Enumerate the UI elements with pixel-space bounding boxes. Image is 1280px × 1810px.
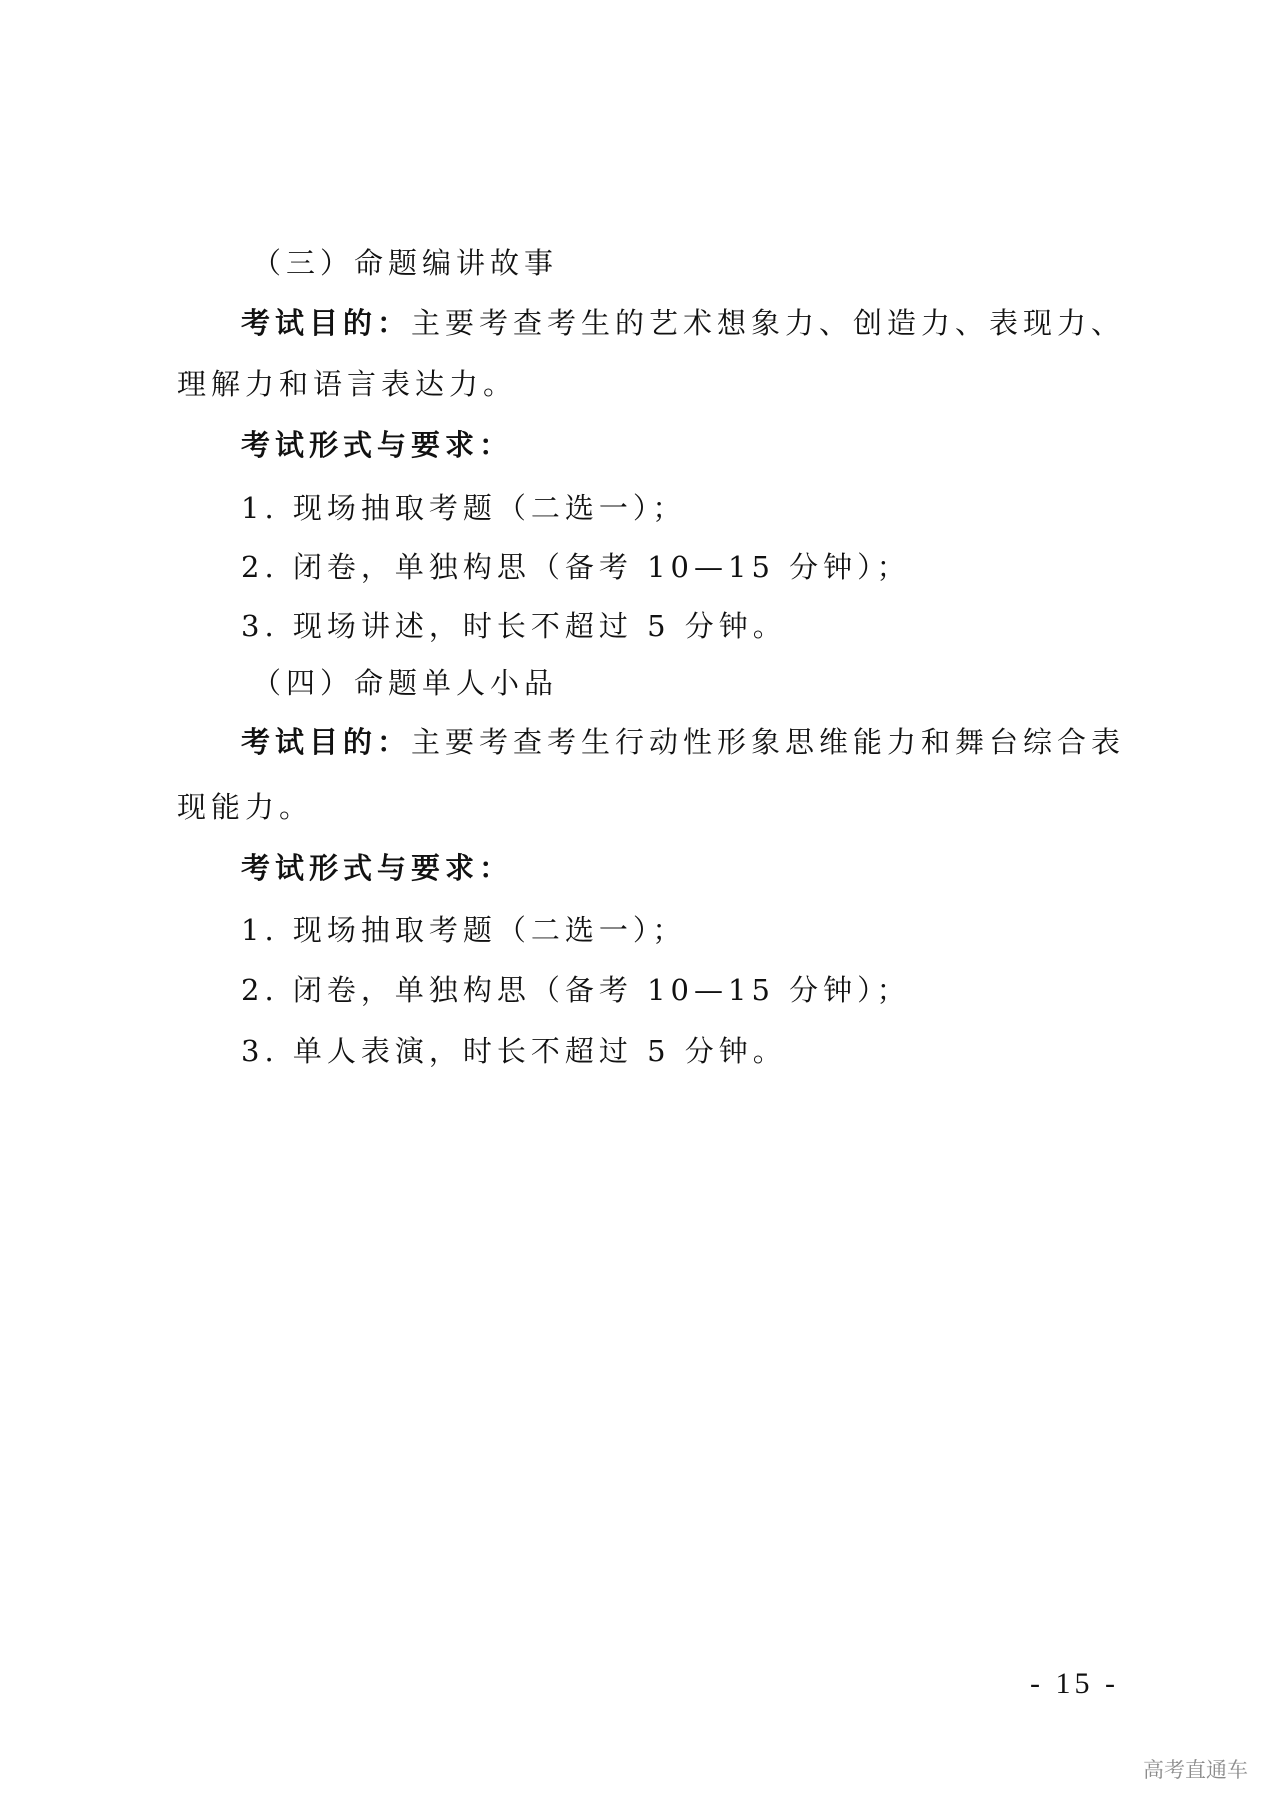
list-item: 1. 现场抽取考题（二选一）； — [241, 910, 686, 950]
purpose-text: 主要考查考生行动性形象思维能力和舞台综合表 — [411, 725, 1120, 759]
purpose-text-continued: 理解力和语言表达力。 — [177, 364, 517, 404]
list-item: 2. 闭卷，单独构思（备考 10—15 分钟）； — [241, 970, 911, 1010]
purpose-text: 主要考查考生的艺术想象力、创造力、表现力、 — [411, 306, 1120, 340]
purpose-text-continued: 现能力。 — [177, 787, 313, 827]
purpose-label: 考试目的： — [241, 725, 411, 759]
purpose-paragraph: 考试目的：主要考查考生行动性形象思维能力和舞台综合表 — [241, 722, 1120, 762]
watermark: 高考直通车 — [1143, 1757, 1248, 1783]
form-requirements-label: 考试形式与要求： — [241, 425, 513, 465]
list-item: 3. 单人表演，时长不超过 5 分钟。 — [241, 1031, 787, 1071]
purpose-paragraph: 考试目的：主要考查考生的艺术想象力、创造力、表现力、 — [241, 303, 1120, 343]
form-requirements-label: 考试形式与要求： — [241, 848, 513, 888]
section-heading: （三）命题编讲故事 — [252, 243, 558, 283]
purpose-label: 考试目的： — [241, 306, 411, 340]
list-item: 2. 闭卷，单独构思（备考 10—15 分钟）； — [241, 547, 911, 587]
list-item: 1. 现场抽取考题（二选一）； — [241, 488, 686, 528]
page-number: - 15 - — [1030, 1664, 1119, 1704]
section-heading: （四）命题单人小品 — [252, 663, 558, 703]
list-item: 3. 现场讲述，时长不超过 5 分钟。 — [241, 606, 787, 646]
